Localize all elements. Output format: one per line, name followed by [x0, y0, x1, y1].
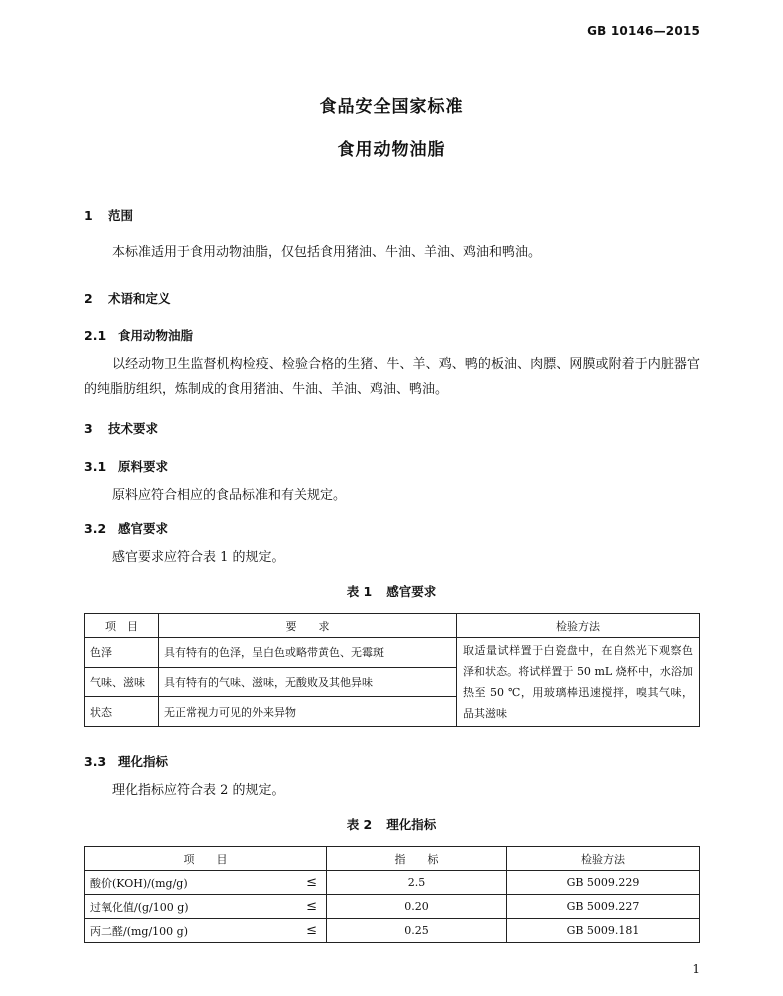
- section-heading-sensory: 3.2感官要求: [84, 519, 168, 537]
- section-heading-raw-material: 3.1原料要求: [84, 457, 168, 475]
- table-header-row: 项 目 要 求 检验方法: [85, 614, 700, 638]
- section-number: 2.1: [84, 328, 118, 343]
- cell-item: 气味、滋味: [85, 667, 159, 697]
- cell-item: ≤过氧化值/(g/100 g): [85, 895, 327, 919]
- cell-item: ≤酸价(KOH)/(mg/g): [85, 871, 327, 895]
- cell-requirement: 具有特有的气味、滋味，无酸败及其他异味: [159, 667, 457, 697]
- table1-caption-title: 感官要求: [386, 584, 436, 599]
- section-title: 技术要求: [108, 421, 158, 436]
- section-title: 感官要求: [118, 521, 168, 536]
- table-header-row: 项 目 指 标 检验方法: [85, 847, 700, 871]
- table-row: ≤过氧化值/(g/100 g) 0.20 GB 5009.227: [85, 895, 700, 919]
- section-title: 术语和定义: [108, 291, 171, 306]
- section-number: 2: [84, 291, 108, 306]
- less-or-equal-symbol: ≤: [306, 899, 317, 914]
- document-title: 食品安全国家标准: [0, 92, 783, 117]
- table2-caption: 表 2理化指标: [0, 815, 783, 833]
- cell-value: 2.5: [327, 871, 507, 895]
- table1-caption: 表 1感官要求: [0, 582, 783, 600]
- section-title: 范围: [108, 208, 133, 223]
- table-row: ≤酸价(KOH)/(mg/g) 2.5 GB 5009.229: [85, 871, 700, 895]
- column-header-item: 项 目: [85, 614, 159, 638]
- less-or-equal-symbol: ≤: [306, 875, 317, 890]
- standard-code: GB 10146—2015: [587, 24, 700, 38]
- column-header-method: 检验方法: [457, 614, 700, 638]
- section-title: 原料要求: [118, 459, 168, 474]
- section-heading-technical-requirements: 3技术要求: [84, 419, 158, 437]
- section-number: 3.1: [84, 459, 118, 474]
- table2-caption-title: 理化指标: [386, 817, 436, 832]
- section-number: 3.2: [84, 521, 118, 536]
- sensory-requirements-table: 项 目 要 求 检验方法 色泽 具有特有的色泽，呈白色或略带黄色、无霉斑 取适量…: [84, 613, 700, 727]
- section-title: 食用动物油脂: [118, 328, 193, 343]
- cell-item: 状态: [85, 697, 159, 727]
- table-row: 色泽 具有特有的色泽，呈白色或略带黄色、无霉斑 取适量试样置于白瓷盘中，在自然光…: [85, 638, 700, 668]
- cell-method: GB 5009.229: [507, 871, 700, 895]
- scope-paragraph: 本标准适用于食用动物油脂，仅包括食用猪油、牛油、羊油、鸡油和鸭油。: [112, 240, 541, 265]
- less-or-equal-symbol: ≤: [306, 923, 317, 938]
- section-number: 3: [84, 421, 108, 436]
- column-header-indicator: 指 标: [327, 847, 507, 871]
- cell-item: ≤丙二醛/(mg/100 g): [85, 919, 327, 943]
- physicochemical-indicators-table: 项 目 指 标 检验方法 ≤酸价(KOH)/(mg/g) 2.5 GB 5009…: [84, 846, 700, 943]
- cell-item-label: 丙二醛/(mg/100 g): [90, 925, 188, 938]
- column-header-method: 检验方法: [507, 847, 700, 871]
- raw-material-paragraph: 原料应符合相应的食品标准和有关规定。: [112, 483, 346, 508]
- section-title: 理化指标: [118, 754, 168, 769]
- section-number: 1: [84, 208, 108, 223]
- cell-method: GB 5009.181: [507, 919, 700, 943]
- column-header-item: 项 目: [85, 847, 327, 871]
- section-heading-terms: 2术语和定义: [84, 289, 171, 307]
- section-heading-scope: 1范围: [84, 206, 133, 224]
- physicochemical-paragraph: 理化指标应符合表 2 的规定。: [112, 778, 285, 803]
- table-row: ≤丙二醛/(mg/100 g) 0.25 GB 5009.181: [85, 919, 700, 943]
- section-heading-edible-animal-fat: 2.1食用动物油脂: [84, 326, 193, 344]
- cell-value: 0.25: [327, 919, 507, 943]
- column-header-requirement: 要 求: [159, 614, 457, 638]
- cell-item-label: 酸价(KOH)/(mg/g): [90, 877, 188, 890]
- cell-item: 色泽: [85, 638, 159, 668]
- page-number: 1: [692, 962, 700, 976]
- table1-caption-number: 表 1: [347, 584, 373, 599]
- document-subtitle: 食用动物油脂: [0, 135, 783, 160]
- section-heading-physicochemical: 3.3理化指标: [84, 752, 168, 770]
- table2-caption-number: 表 2: [347, 817, 373, 832]
- cell-requirement: 无正常视力可见的外来异物: [159, 697, 457, 727]
- cell-requirement: 具有特有的色泽，呈白色或略带黄色、无霉斑: [159, 638, 457, 668]
- cell-value: 0.20: [327, 895, 507, 919]
- definition-paragraph: 以经动物卫生监督机构检疫、检验合格的生猪、牛、羊、鸡、鸭的板油、肉膘、网膜或附着…: [84, 352, 700, 402]
- cell-item-label: 过氧化值/(g/100 g): [90, 901, 189, 914]
- sensory-paragraph: 感官要求应符合表 1 的规定。: [112, 545, 285, 570]
- cell-method: GB 5009.227: [507, 895, 700, 919]
- section-number: 3.3: [84, 754, 118, 769]
- cell-method: 取适量试样置于白瓷盘中，在自然光下观察色泽和状态。将试样置于 50 mL 烧杯中…: [457, 638, 700, 727]
